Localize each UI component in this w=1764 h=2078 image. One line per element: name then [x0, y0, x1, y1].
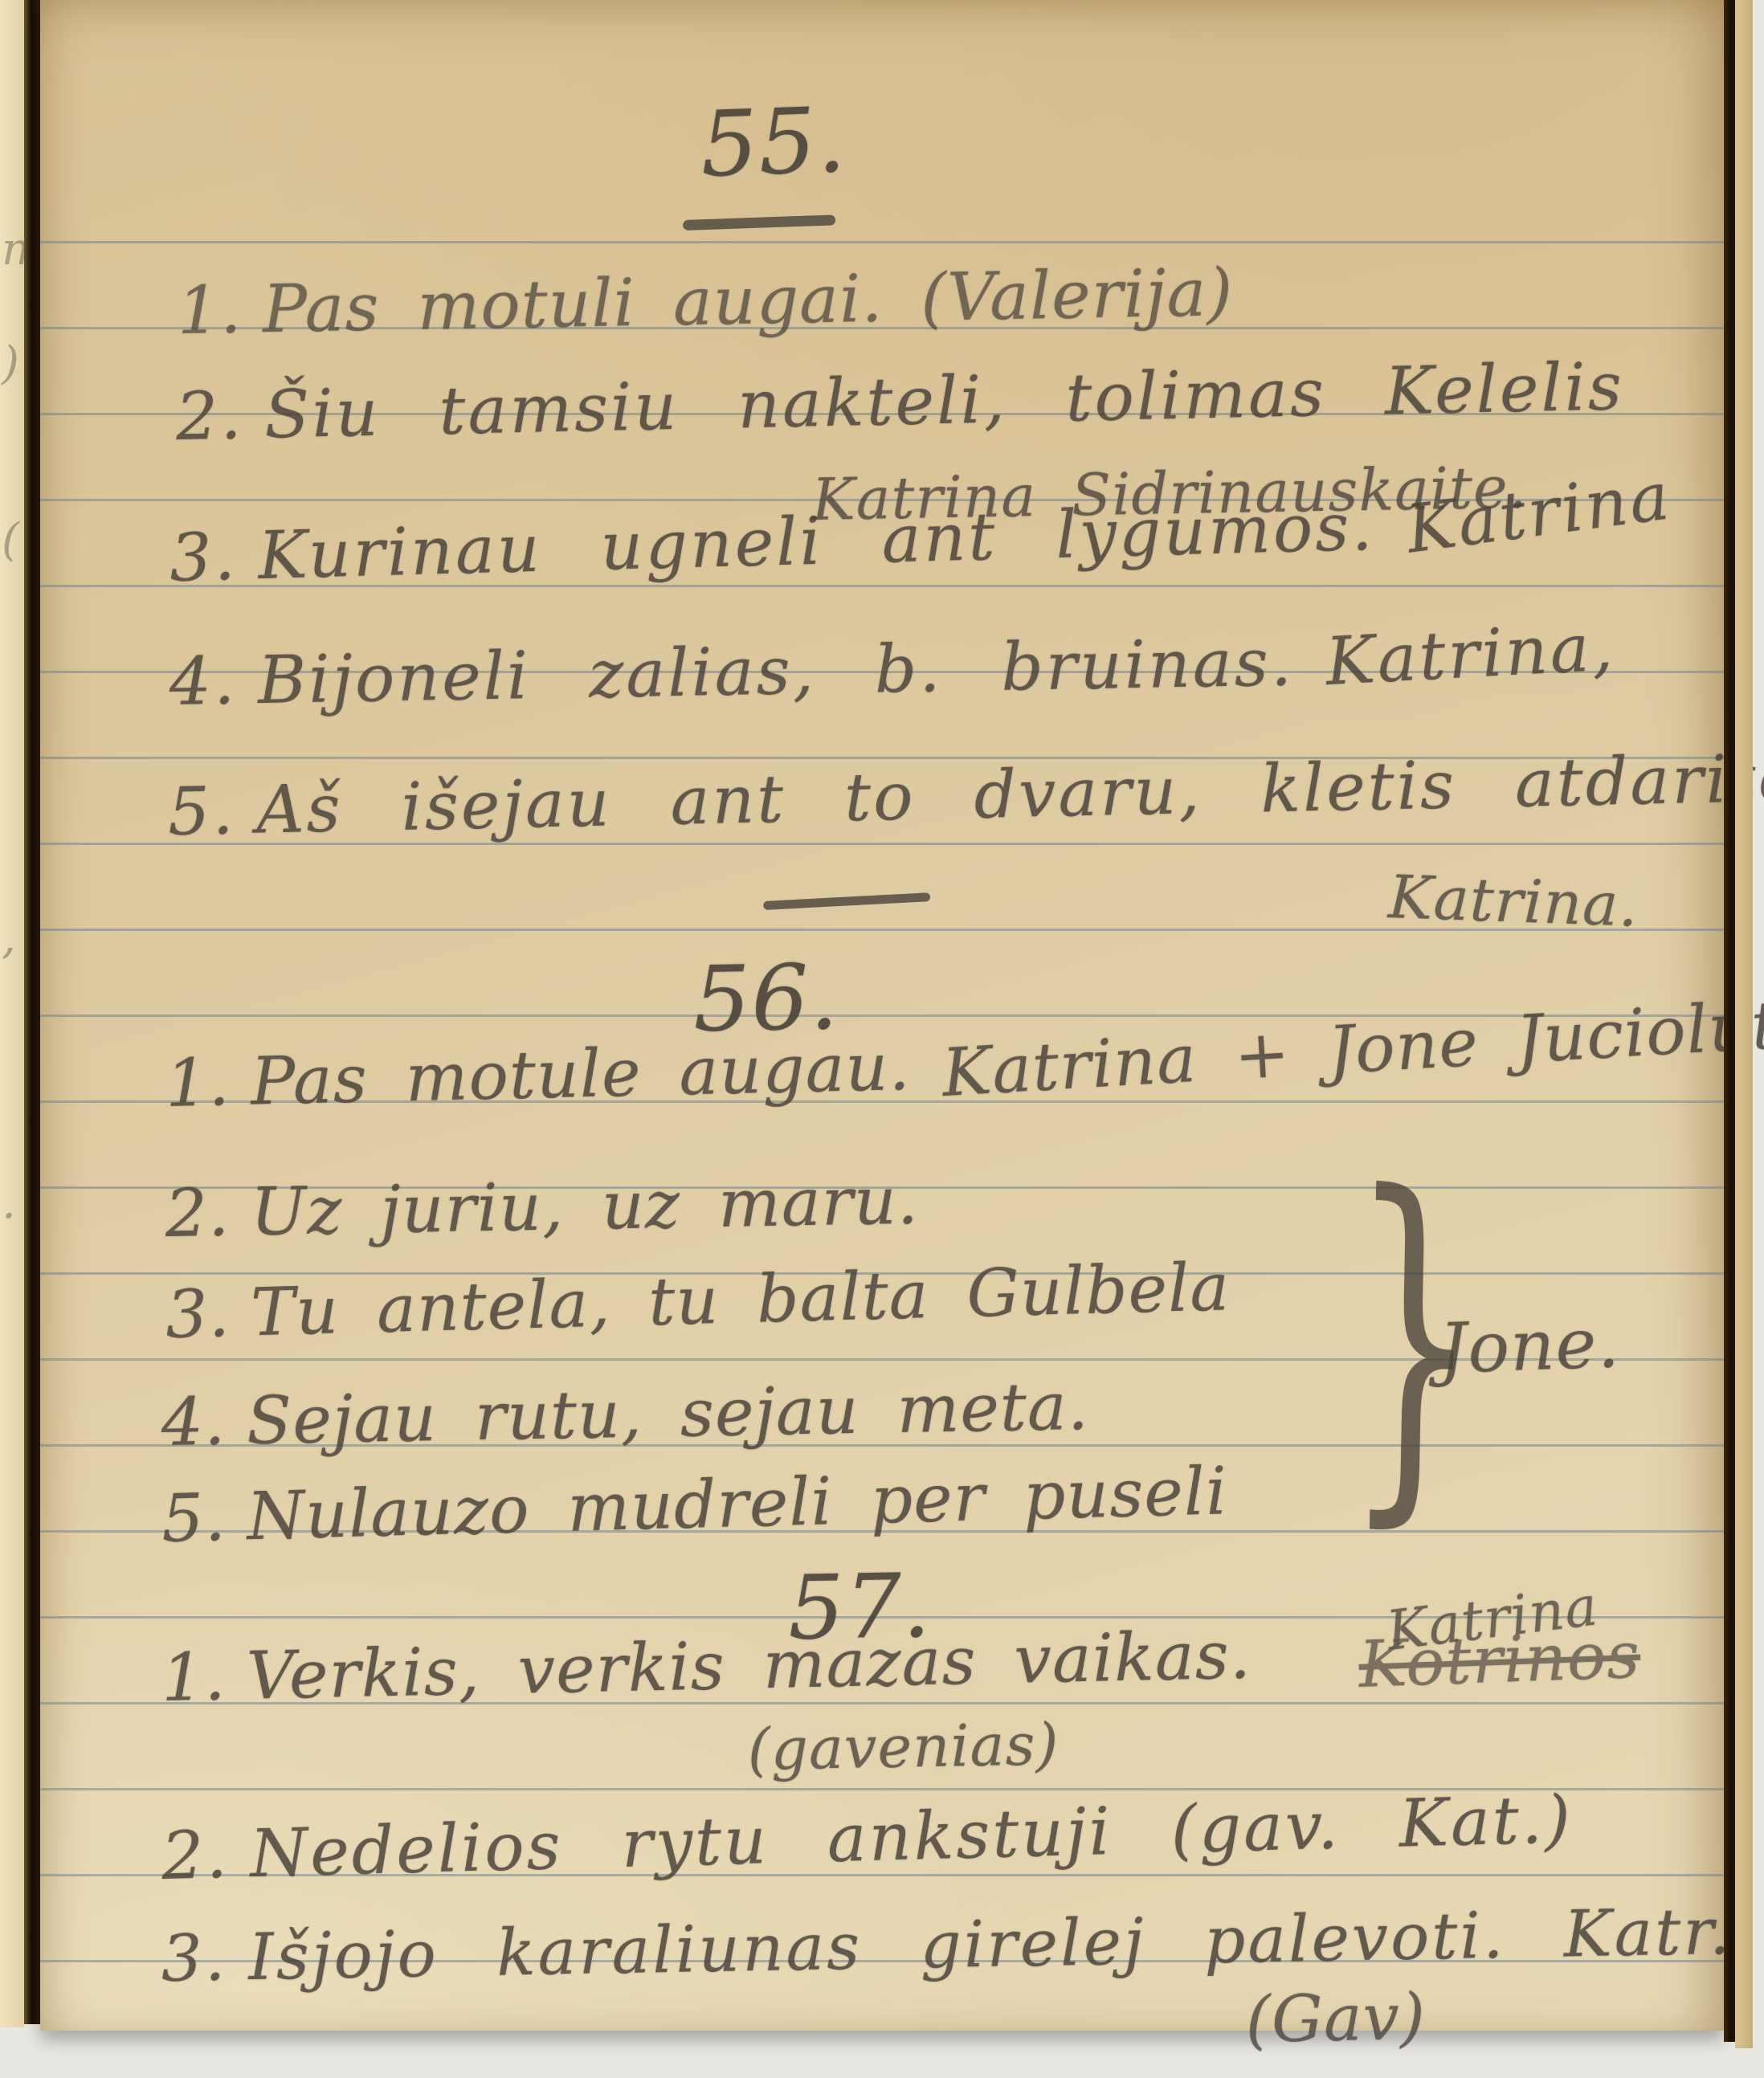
page-right-edge [1724, 0, 1735, 2042]
entry-number: 2. [165, 1175, 231, 1252]
edge-mark: . [2, 1177, 16, 1229]
heading-underline [683, 214, 835, 231]
entry-text: Šiu tamsiu nakteli, tolimas Kelelis [263, 349, 1625, 453]
notebook-scan: m ) ( , . 55. 1.Pas motuli augai. (Valer… [0, 0, 1764, 2078]
entry-text: Verkis, verkis mazas vaikas. [246, 1618, 1252, 1715]
section-heading-55: 55. [699, 88, 848, 198]
entry-text: Uz juriu, uz maru. [250, 1163, 919, 1251]
song-entry-57-3: 3.Išjojo karaliunas girelej palevoti. Ka… [161, 1894, 1733, 1996]
entry-number: 3. [169, 519, 239, 597]
entry-number: 3. [161, 1921, 228, 1996]
song-entry-56-4: 4.Sejau rutu, sejau meta. [161, 1369, 1090, 1461]
brace-attribution: Jone. [1438, 1303, 1621, 1390]
entry-text: Pas motule augau. [250, 1029, 911, 1121]
entry-number: 3. [165, 1276, 231, 1353]
entry-number: 5. [161, 1480, 227, 1557]
entry-number: 1. [177, 272, 243, 349]
entry-text: Aš išejau ant to dvaru, kletis atdarite [255, 740, 1764, 848]
notebook-page: 55. 1.Pas motuli augai. (Valerija) 2.Šiu… [40, 0, 1724, 2031]
entry-number: 2. [175, 378, 244, 455]
song-entry-56-1: 1.Pas motule augau.Katrina + Jone Juciol… [165, 1008, 1764, 1122]
edge-mark: , [2, 912, 16, 964]
song-entry-55-5: 5.Aš išejau ant to dvaru, kletis atdarit… [167, 740, 1764, 851]
edge-mark: ) [2, 337, 19, 390]
entry-number: 1. [165, 1044, 231, 1122]
song-entry-56-2: 2.Uz juriu, uz maru. [165, 1163, 920, 1252]
entry-text: Pas motuli augai. (Valerija) [262, 255, 1234, 348]
song-entry-56-5: 5.Nulauzo mudreli per puseli [161, 1453, 1228, 1557]
entry-text: Sejau rutu, sejau meta. [246, 1369, 1089, 1459]
song-entry-56-3: 3.Tu antela, tu balta Gulbela [165, 1249, 1231, 1353]
entry-text: Išjojo karaliunas girelej palevoti. Katr… [247, 1894, 1733, 1994]
song-entry-55-1: 1.Pas motuli augai. (Valerija) [177, 255, 1234, 349]
entry-number: 4. [161, 1384, 227, 1461]
entry-number: 4. [169, 643, 238, 721]
entry-number: 2. [161, 1817, 231, 1895]
edge-mark: ( [2, 514, 19, 566]
collector-note-55-5: Katrina. [1387, 863, 1639, 941]
underlying-pages-edge [1735, 0, 1753, 2048]
entry-text: Nulauzo mudreli per puseli [246, 1453, 1228, 1555]
entry-attribution: Katrina + Jone Juciolute [941, 985, 1764, 1112]
binding-gap [24, 0, 40, 2024]
song-entry-55-2: 2.Šiu tamsiu nakteli, tolimas Kelelis [175, 349, 1625, 455]
collector-note-57-3: (Gav) [1245, 1979, 1427, 2057]
section-separator-dash [763, 892, 930, 910]
collector-note-57-1: (gavenias) [747, 1710, 1060, 1783]
entry-text: Kurinau ugneli ant lygumos. [257, 489, 1375, 594]
entry-number: 1. [161, 1639, 227, 1717]
entry-text: Nedelios rytu ankstuji (gav. Kat.) [249, 1782, 1574, 1892]
song-entry-57-1: 1.Verkis, verkis mazas vaikas. [161, 1618, 1252, 1717]
entry-number: 5. [167, 773, 236, 851]
entry-attribution: Katrina, [1324, 609, 1617, 700]
facing-page-edge: m ) ( , . [0, 0, 24, 2027]
song-entry-55-4: 4.Bijoneli zalias, b. bruinas.Katrina, [169, 619, 1616, 721]
entry-text: Bijoneli zalias, b. bruinas. [257, 625, 1294, 719]
entry-text: Tu antela, tu balta Gulbela [250, 1249, 1231, 1351]
song-entry-57-2: 2.Nedelios rytu ankstuji (gav. Kat.) [161, 1782, 1574, 1895]
corrected-attribution-57-1: Kotrinos Katrina [1358, 1618, 1642, 1702]
